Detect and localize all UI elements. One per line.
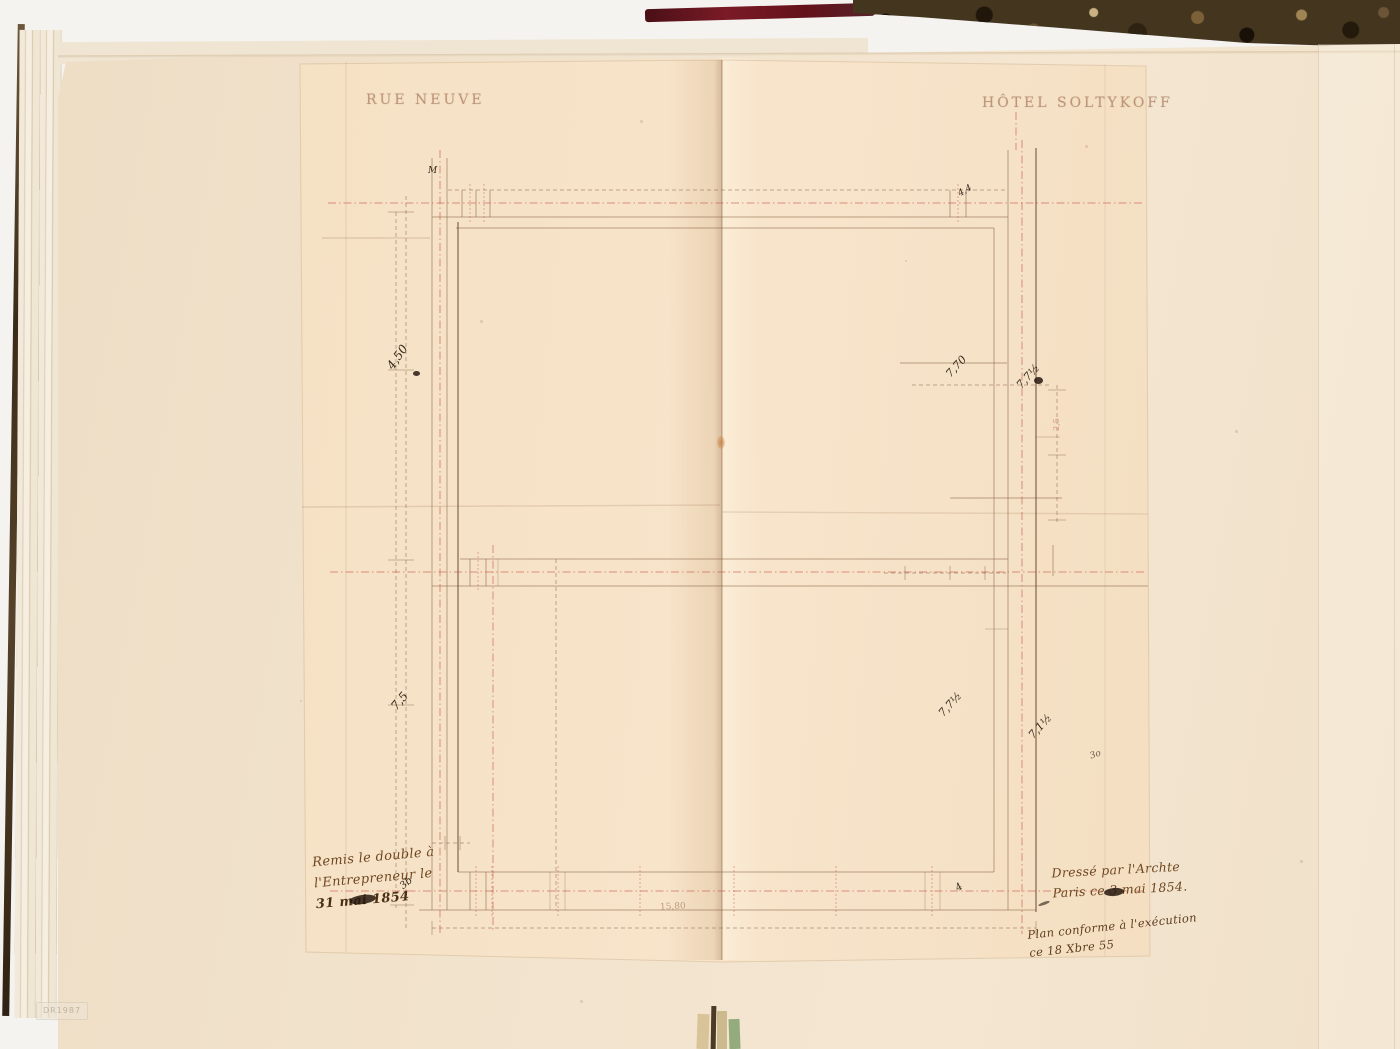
bottom-center-dimension: 15,80 — [660, 901, 686, 912]
right-axis-dimension: 2,5 — [1052, 418, 1061, 431]
page-edge-marker — [696, 1014, 709, 1049]
ink-blot-left — [413, 371, 420, 376]
ink-blot-right — [1034, 377, 1043, 384]
foundation-plan-drawing — [0, 0, 1400, 1049]
foxing-speck — [640, 120, 643, 123]
foxing-speck — [905, 260, 907, 262]
archive-number-stamp: DR1987 — [36, 1002, 88, 1020]
fold-creases — [302, 60, 1148, 960]
page-edge-marker — [717, 1011, 727, 1049]
architect-signature-note: Dressé par l'Archte Paris ce 3 mai 1854. — [1051, 856, 1188, 903]
wall-lines-faint — [322, 238, 1060, 910]
foxing-speck — [1300, 860, 1303, 863]
foxing-speck — [580, 1000, 583, 1003]
foxing-speck — [480, 320, 483, 323]
street-title-stamp: RUE NEUVE — [366, 92, 485, 108]
wall-lines — [419, 150, 1148, 910]
wall-lines-strong — [458, 148, 1036, 912]
foxing-speck — [1085, 145, 1088, 148]
axis-lines-red — [328, 112, 1146, 934]
photographed-album-spread: RUE NEUVE HÔTEL SOLTYKOFF Remis le doubl… — [0, 0, 1400, 1049]
foxing-speck — [300, 700, 302, 702]
gutter-stain — [717, 436, 725, 449]
delivery-note: Remis le double à l'Entrepreneur le 31 m… — [312, 843, 439, 916]
pier-axis-marks-red — [470, 184, 958, 916]
page-edge-marker-green — [728, 1019, 740, 1049]
page-edge-marker-dark — [711, 1006, 717, 1049]
dim-mark-top-left: M — [428, 166, 437, 176]
foxing-speck — [1235, 430, 1238, 433]
hotel-title-stamp: HÔTEL SOLTYKOFF — [982, 95, 1173, 111]
